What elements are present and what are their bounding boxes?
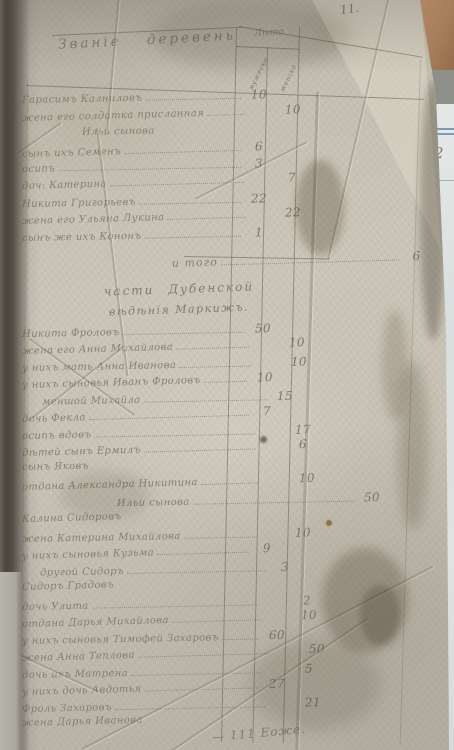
age-female xyxy=(300,570,330,571)
age-male xyxy=(304,130,334,131)
age-female xyxy=(274,149,304,150)
age-female: 7 xyxy=(277,170,307,185)
total-row: и того61 xyxy=(22,248,454,274)
stain-mark xyxy=(360,585,400,645)
age-male xyxy=(262,605,292,606)
person-name: жена Катерина Михайлова xyxy=(22,531,181,545)
age-male xyxy=(222,466,252,467)
dotted-leader xyxy=(179,366,251,368)
age-female: 17 xyxy=(288,422,318,437)
dotted-leader xyxy=(117,583,229,587)
age-female xyxy=(280,380,310,381)
age-female xyxy=(274,167,304,168)
person-name: у нихъ мать Анна Иванова xyxy=(22,360,176,374)
age-male xyxy=(247,182,277,183)
dotted-leader xyxy=(144,236,241,239)
stain-mark xyxy=(326,520,332,526)
dotted-leader xyxy=(92,465,219,468)
age-male: 3 xyxy=(270,560,300,575)
dotted-leader xyxy=(89,415,249,420)
age-male xyxy=(258,449,288,450)
person-name: Сидоръ Градовъ xyxy=(22,579,114,593)
age-female xyxy=(274,202,304,203)
dotted-leader xyxy=(94,434,255,438)
dotted-leader xyxy=(92,604,259,608)
age-male: 10 xyxy=(244,87,274,102)
age-female: 2 xyxy=(292,593,322,608)
age-male: 22 xyxy=(244,191,274,206)
person-name: дочь Фекла xyxy=(22,412,86,425)
stain-mark xyxy=(382,310,408,420)
age-male: 50 xyxy=(248,321,278,336)
dotted-leader xyxy=(157,552,249,556)
person-name: жена его Ульяна Лукина xyxy=(22,212,165,227)
person-name: жена его солдатка присланная xyxy=(22,108,204,124)
age-female xyxy=(282,551,312,552)
age-male xyxy=(232,583,262,584)
age-female: 10 xyxy=(284,354,314,369)
total-label: и того xyxy=(172,256,218,270)
tally-note: — 111 Еоже. xyxy=(212,722,307,744)
person-name: дѣтей сынъ Ермилъ xyxy=(22,445,141,459)
person-name: доч: Катерина xyxy=(22,179,107,192)
age-female: 10 xyxy=(278,102,308,117)
dotted-leader xyxy=(110,182,244,187)
age-male xyxy=(248,217,278,218)
person-name: сынъ ихъ Семенъ xyxy=(22,146,121,160)
dotted-leader xyxy=(122,332,245,335)
dotted-leader xyxy=(145,687,259,691)
age-male: 15 xyxy=(270,389,300,404)
dotted-leader xyxy=(221,259,399,265)
age-male xyxy=(268,707,298,708)
table-row: сынъ Яковъ xyxy=(22,457,282,473)
age-male xyxy=(242,719,272,720)
age-male xyxy=(258,537,288,538)
age-female xyxy=(292,687,322,688)
stain-mark xyxy=(322,548,408,653)
age-female: 21 xyxy=(298,695,328,710)
archival-ledger-photo: 2 об) 11. Званіе деревень Лѣта мужеска ж… xyxy=(0,0,454,750)
dotted-leader xyxy=(138,653,269,658)
table-row: Ильи сынова xyxy=(22,121,364,139)
age-female xyxy=(262,582,292,583)
person-name: меншой Михайла xyxy=(42,395,141,408)
age-male: 27 xyxy=(262,676,292,691)
age-male: 6 xyxy=(244,139,274,154)
age-female: 10 xyxy=(288,525,318,540)
person-name: другой Сидоръ xyxy=(40,566,124,579)
person-name: у нихъ сыновья Кузьма xyxy=(22,547,154,562)
stain-mark xyxy=(398,360,428,530)
age-female xyxy=(252,465,282,466)
person-name: у нихъ сыновья Иванъ Фроловъ xyxy=(22,375,201,391)
person-name: Фроль Захаровъ xyxy=(22,702,112,715)
person-name: Ильи сынова xyxy=(117,497,190,509)
person-name: Никита Фроловъ xyxy=(22,327,120,340)
age-male: 3 xyxy=(244,156,274,171)
age-female xyxy=(334,129,364,130)
age-male xyxy=(252,347,282,348)
age-male xyxy=(232,515,262,516)
dotted-leader xyxy=(125,515,229,519)
age-female: 5 xyxy=(294,661,324,676)
person-name: у нихъ дочь Авдотья xyxy=(22,684,142,698)
age-female xyxy=(292,638,322,639)
dotted-leader xyxy=(184,537,255,539)
age-male xyxy=(248,114,278,115)
age-female xyxy=(278,332,308,333)
dotted-leader xyxy=(58,167,241,172)
person-name: Никита Григорьевъ xyxy=(22,197,136,210)
age-male: 9 xyxy=(252,541,282,556)
manuscript-page: 11. Званіе деревень Лѣта мужеска женска … xyxy=(0,0,454,750)
person-name: отдана Александра Никитина xyxy=(22,477,198,493)
dotted-leader xyxy=(127,570,267,574)
age-female xyxy=(274,98,304,99)
dotted-leader xyxy=(124,150,241,154)
dotted-leader xyxy=(158,130,301,134)
age-female: 10 xyxy=(294,608,324,623)
dotted-leader xyxy=(144,399,267,402)
dotted-leader xyxy=(115,706,265,710)
section-subheader: вѣдѣнія Маркижъ. xyxy=(64,299,294,320)
dotted-leader xyxy=(176,347,249,350)
age-female: 10 xyxy=(292,471,322,486)
person-name: сынъ же ихъ Кононъ xyxy=(22,231,142,244)
age-female: 50 xyxy=(302,641,332,656)
age-female: 10 xyxy=(282,335,312,350)
dotted-leader xyxy=(172,619,261,622)
age-male: 60 xyxy=(262,628,292,643)
person-name: дочь Улита xyxy=(22,601,89,613)
person-name: Калина Сидоровъ xyxy=(22,511,122,525)
age-female xyxy=(300,399,330,400)
person-name: сынъ Яковъ xyxy=(22,461,89,473)
person-name: Ильи сынова xyxy=(82,125,155,137)
age-male: 7 xyxy=(252,404,282,419)
age-male: 50 xyxy=(357,490,387,505)
age-female: 6 xyxy=(288,437,318,452)
age-female xyxy=(387,500,417,501)
dotted-leader xyxy=(193,501,354,505)
dotted-leader xyxy=(204,381,247,383)
age-female xyxy=(262,514,292,515)
page-number: 11. xyxy=(339,1,360,18)
dotted-leader xyxy=(207,114,245,116)
person-name: осипъ вдовъ xyxy=(22,430,92,442)
table-row: сынъ же ихъ Кононъ1 xyxy=(22,225,304,244)
section-header: части Дубенской xyxy=(64,278,294,300)
age-male xyxy=(254,366,284,367)
dotted-leader xyxy=(131,672,261,675)
age-female xyxy=(272,718,302,719)
person-name: отдана Дарья Михайлова xyxy=(22,615,169,630)
age-male xyxy=(264,619,294,620)
table-rule-right xyxy=(400,60,422,745)
age-male xyxy=(262,482,292,483)
age-male xyxy=(258,434,288,435)
person-name: жена Дарья Иванова xyxy=(22,715,143,729)
age-male: 1 xyxy=(244,225,274,240)
age-male: 10 xyxy=(250,370,280,385)
table-row: отдана Александра Никитина10 xyxy=(22,471,322,493)
dotted-leader xyxy=(145,98,241,101)
dotted-leader xyxy=(139,202,241,205)
age-male xyxy=(264,673,294,674)
dotted-leader xyxy=(222,638,259,640)
dotted-leader xyxy=(146,719,239,723)
person-name: жена Анна Теплова xyxy=(22,650,135,664)
person-name: дочь ихъ Матрена xyxy=(22,668,128,681)
person-name: жена его Анна Михайлова xyxy=(22,342,173,357)
age-female xyxy=(274,236,304,237)
age-female xyxy=(282,414,312,415)
age-male xyxy=(272,653,302,654)
dotted-leader xyxy=(168,217,246,220)
dotted-leader xyxy=(144,448,255,452)
person-name: осипъ xyxy=(22,163,55,175)
total-male: 6 xyxy=(402,249,432,264)
dotted-leader xyxy=(201,482,259,485)
person-name: Гарасимъ Калниловъ xyxy=(22,93,142,106)
age-female: 22 xyxy=(278,205,308,220)
